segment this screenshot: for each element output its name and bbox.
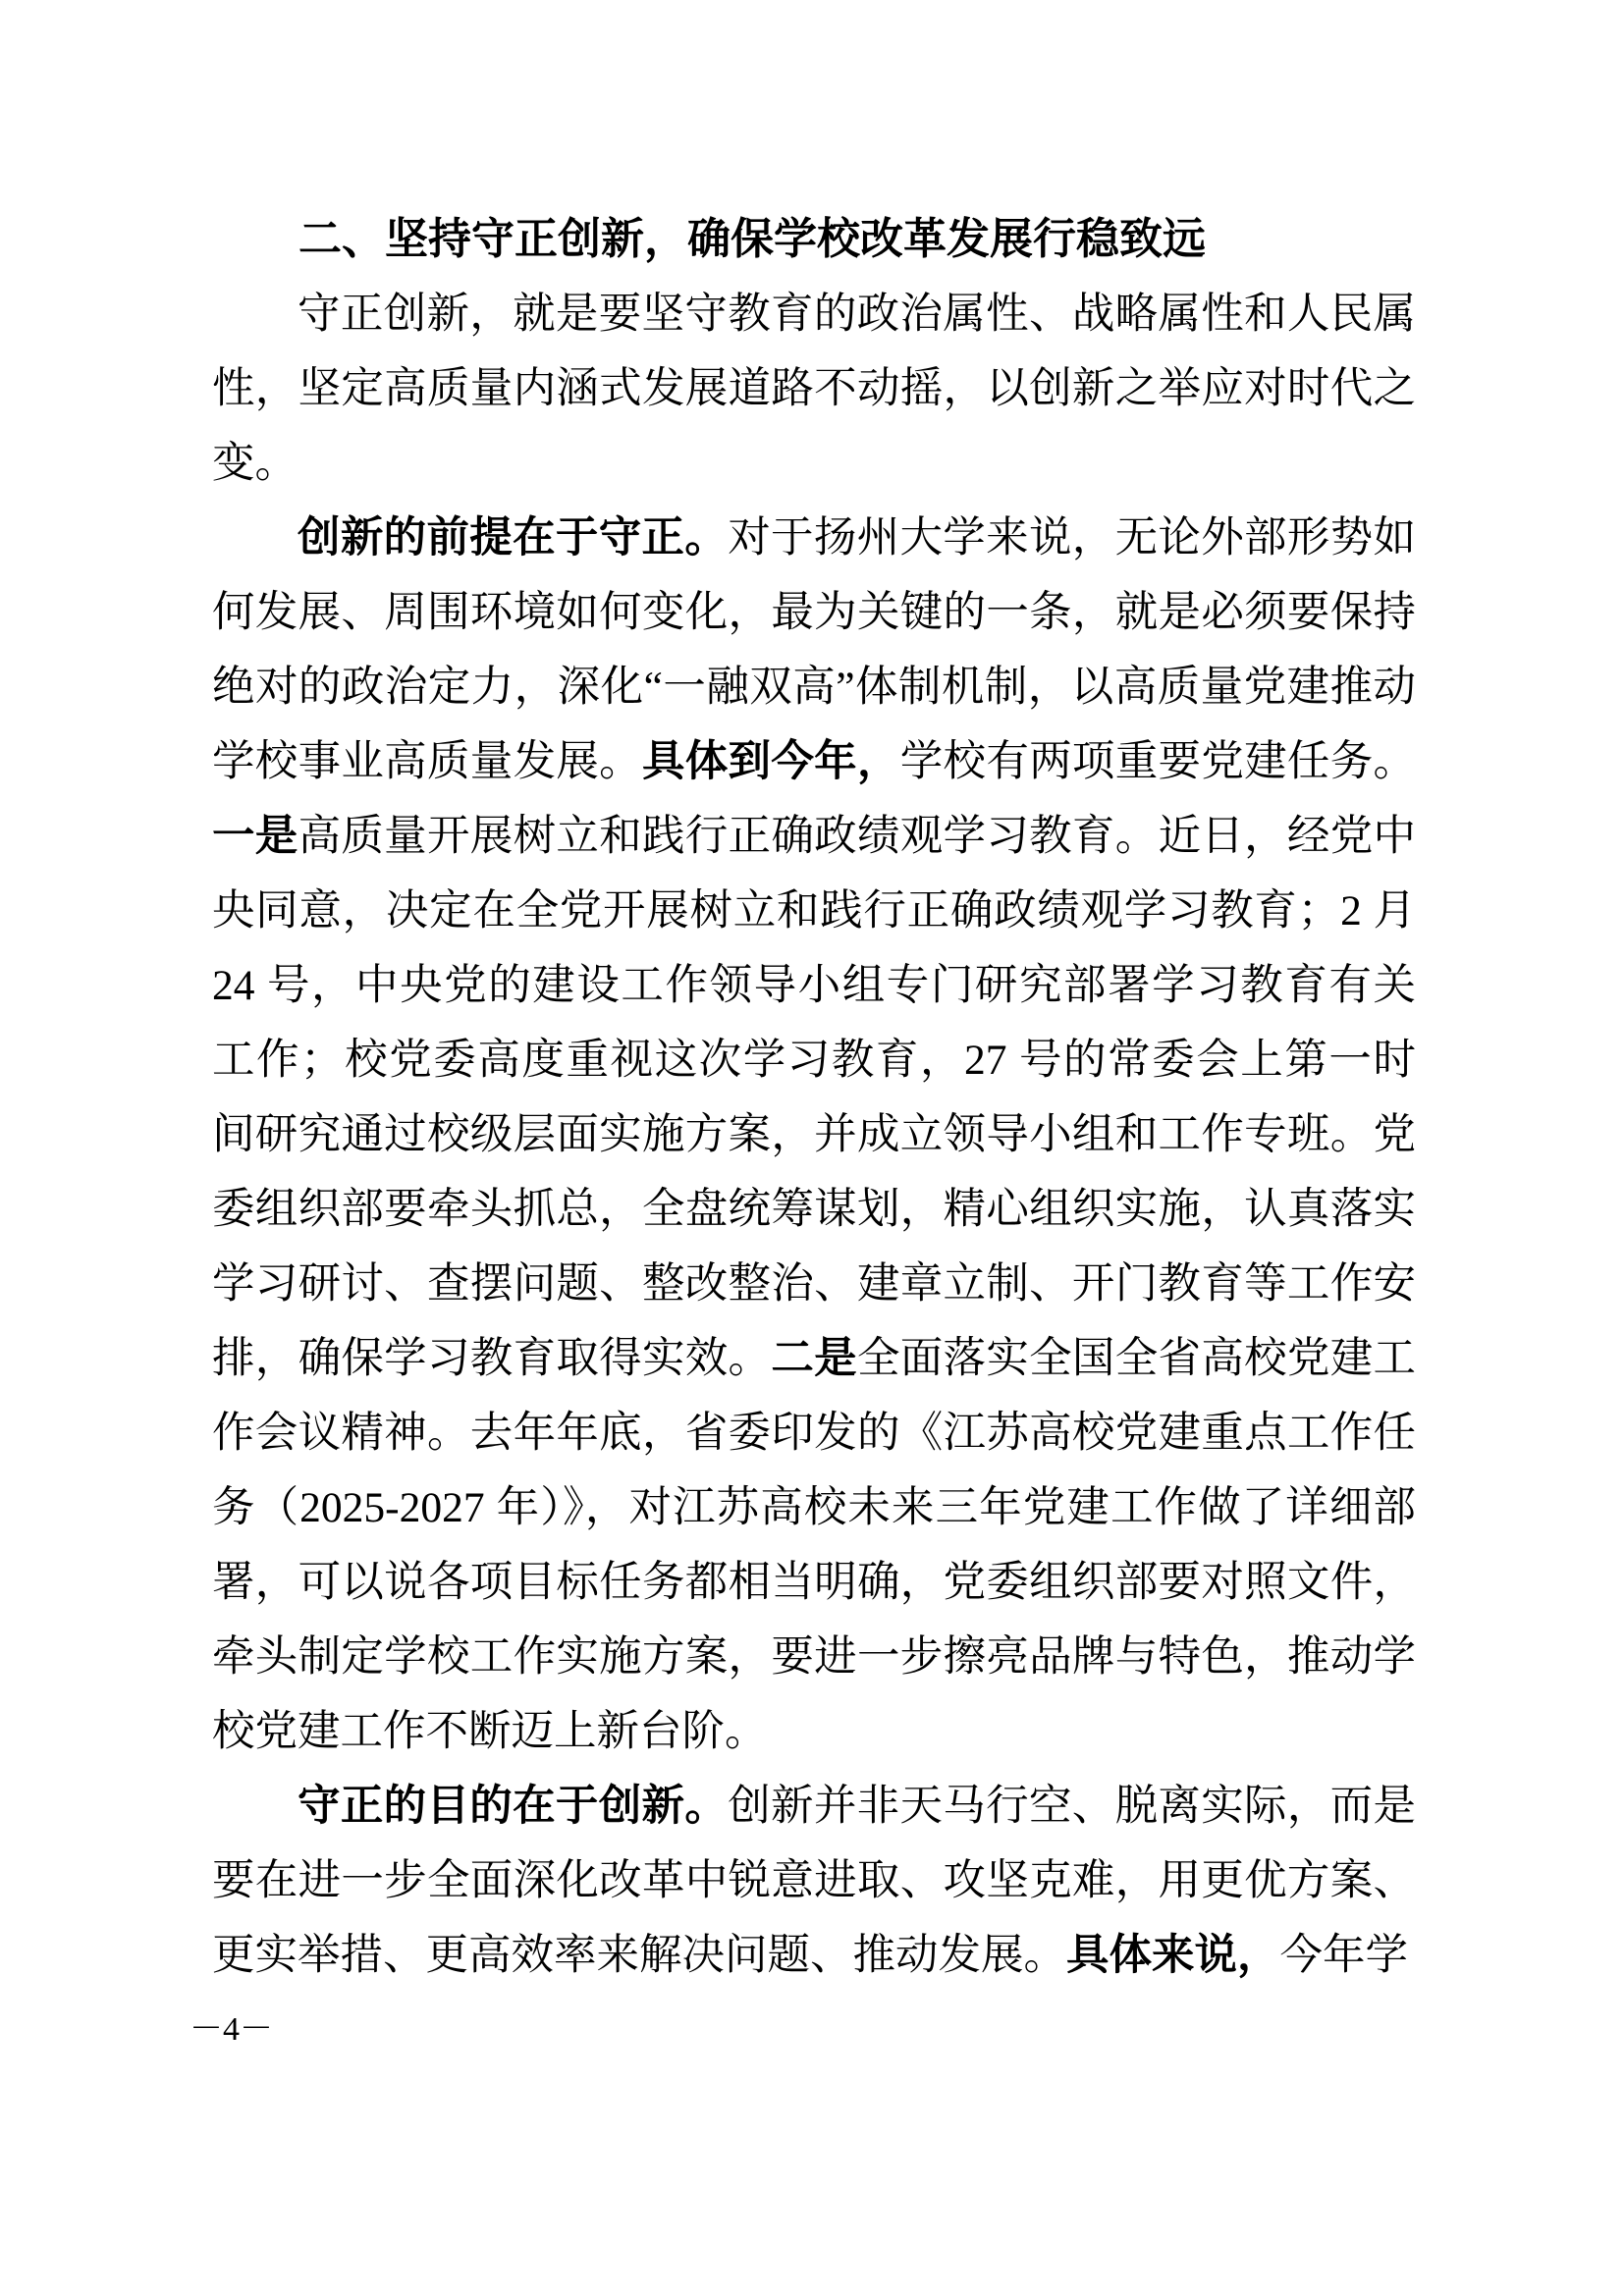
paragraph: 守正创新，就是要坚守教育的政治属性、战略属性和人民属性，坚定高质量内涵式发展道路…: [212, 277, 1416, 501]
bold-text-run: 一是: [212, 813, 298, 860]
text-run: 高质量开展树立和践行正确政绩观学习教育。近日，经党中央同意，决定在全党开展树立和…: [212, 813, 1416, 1382]
document-page: 二、坚持守正创新，确保学校改革发展行稳致远 守正创新，就是要坚守教育的政治属性、…: [0, 0, 1624, 2296]
document-body: 二、坚持守正创新，确保学校改革发展行稳致远 守正创新，就是要坚守教育的政治属性、…: [212, 202, 1416, 1993]
text-run: 守正创新，就是要坚守教育的政治属性、战略属性和人民属性，坚定高质量内涵式发展道路…: [212, 291, 1416, 487]
paragraphs-container: 守正创新，就是要坚守教育的政治属性、战略属性和人民属性，坚定高质量内涵式发展道路…: [212, 277, 1416, 1993]
text-run: 全面落实全国全省高校党建工作会议精神。去年年底，省委印发的《江苏高校党建重点工作…: [212, 1335, 1416, 1755]
bold-text-run: 创新的前提在于守正。: [298, 514, 728, 561]
bold-text-run: 具体到今年，: [642, 738, 900, 785]
page-number: －4－: [189, 2008, 273, 2052]
text-run: 学校有两项重要党建任务。: [900, 738, 1416, 785]
section-heading: 二、坚持守正创新，确保学校改革发展行稳致远: [212, 202, 1416, 277]
bold-text-run: 具体来说，: [1066, 1932, 1280, 1979]
bold-text-run: 二是: [771, 1335, 857, 1382]
text-run: 今年学: [1280, 1932, 1409, 1979]
paragraph: 创新的前提在于守正。对于扬州大学来说，无论外部形势如何发展、周围环境如何变化，最…: [212, 501, 1416, 1769]
bold-text-run: 守正的目的在于创新。: [298, 1783, 728, 1830]
paragraph: 守正的目的在于创新。创新并非天马行空、脱离实际，而是要在进一步全面深化改革中锐意…: [212, 1769, 1416, 1993]
